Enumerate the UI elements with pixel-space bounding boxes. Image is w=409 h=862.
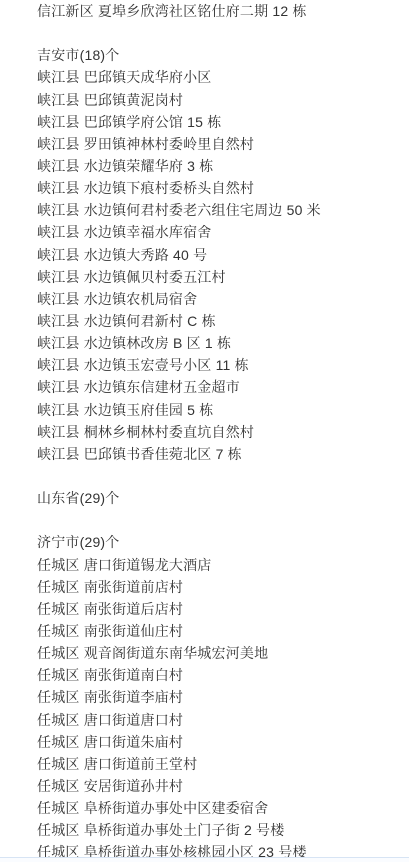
list-item: 峡江县 水边镇东信建材五金超市 (37, 376, 409, 398)
list-item: 峡江县 水边镇幸福水库宿舍 (37, 221, 409, 243)
list-item: 任城区 唐口街道朱庙村 (37, 731, 409, 753)
list-item: 峡江县 巴邱镇书香佳菀北区 7 栋 (37, 443, 409, 465)
list-item: 峡江县 巴邱镇天成华府小区 (37, 66, 409, 88)
list-item: 峡江县 水边镇下痕村委桥头自然村 (37, 177, 409, 199)
list-item: 任城区 唐口街道前王堂村 (37, 753, 409, 775)
blank-line (37, 465, 409, 487)
bottom-divider (0, 857, 409, 862)
section-header: 吉安市(18)个 (37, 44, 409, 66)
list-item: 任城区 南张街道前店村 (37, 576, 409, 598)
list-item: 峡江县 水边镇玉宏壹号小区 11 栋 (37, 354, 409, 376)
list-item: 任城区 阜桥街道办事处中区建委宿舍 (37, 797, 409, 819)
list-item: 峡江县 水边镇农机局宿舍 (37, 288, 409, 310)
list-item: 峡江县 水边镇何君新村 C 栋 (37, 310, 409, 332)
list-item: 峡江县 水边镇荣耀华府 3 栋 (37, 155, 409, 177)
section-header: 山东省(29)个 (37, 487, 409, 509)
list-item: 任城区 南张街道仙庄村 (37, 620, 409, 642)
list-item: 峡江县 巴邱镇黄泥岗村 (37, 89, 409, 111)
list-item: 峡江县 水边镇大秀路 40 号 (37, 244, 409, 266)
list-item: 峡江县 水边镇玉府佳园 5 栋 (37, 399, 409, 421)
risk-area-list: 信江新区 夏埠乡欣湾社区铭仕府二期 12 栋吉安市(18)个峡江县 巴邱镇天成华… (0, 0, 409, 862)
list-item: 峡江县 水边镇林改房 B 区 1 栋 (37, 332, 409, 354)
list-item: 峡江县 罗田镇神林村委岭里自然村 (37, 133, 409, 155)
list-item: 峡江县 巴邱镇学府公馆 15 栋 (37, 111, 409, 133)
list-item: 任城区 阜桥街道办事处土门子街 2 号楼 (37, 819, 409, 841)
list-item: 峡江县 水边镇何君村委老六组住宅周边 50 米 (37, 199, 409, 221)
section-header: 济宁市(29)个 (37, 531, 409, 553)
blank-line (37, 22, 409, 44)
list-item: 任城区 南张街道后店村 (37, 598, 409, 620)
list-item: 信江新区 夏埠乡欣湾社区铭仕府二期 12 栋 (37, 0, 409, 22)
blank-line (37, 509, 409, 531)
list-item: 任城区 南张街道南白村 (37, 664, 409, 686)
list-item: 任城区 唐口街道唐口村 (37, 709, 409, 731)
list-item: 任城区 南张街道李庙村 (37, 686, 409, 708)
list-item: 峡江县 桐林乡桐林村委直坑自然村 (37, 421, 409, 443)
list-item: 任城区 观音阁街道东南华城宏河美地 (37, 642, 409, 664)
list-item: 任城区 安居街道孙井村 (37, 775, 409, 797)
list-item: 峡江县 水边镇佩贝村委五江村 (37, 266, 409, 288)
list-item: 任城区 唐口街道锡龙大酒店 (37, 554, 409, 576)
